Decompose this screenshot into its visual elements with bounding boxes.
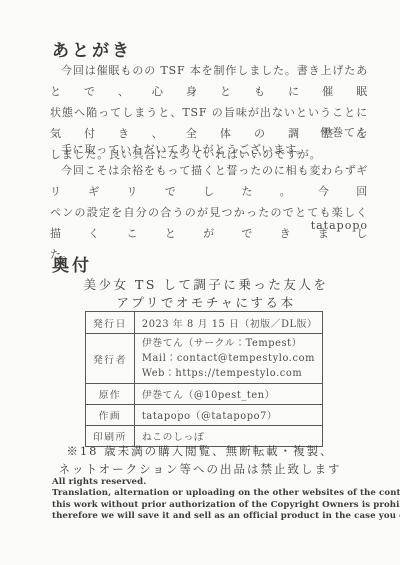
book-title-line: アプリでオモチャにする本 xyxy=(6,294,400,312)
table-row: 発行者 伊巻てん（サークル：Tempest） Mail：contact@temp… xyxy=(86,334,323,384)
paragraph-line: 今回こそは余裕をもって描くと誓ったのに相も変わらずギリギリでした。今回 xyxy=(50,160,368,202)
age-restriction-notice: ※18 歳未満の購入閲覧、無断転載・複製、 ネットオークション等への出品は禁止致… xyxy=(0,443,400,478)
publisher-name-line: 伊巻てん（サークル：Tempest） xyxy=(142,336,315,351)
copyright-line: therefore we will save it and sell as an… xyxy=(52,511,398,522)
paragraph-line: 手に取っていただいてありがとうございます。 xyxy=(50,139,368,160)
row-value-publisher: 伊巻てん（サークル：Tempest） Mail：contact@tempesty… xyxy=(134,334,322,384)
notice-line: ネットオークション等への出品は禁止致します xyxy=(0,461,400,479)
author-signature: 伊巻てん xyxy=(50,124,368,140)
publisher-web-line: Web：https://tempestylo.com xyxy=(142,366,315,381)
colophon-page: あとがき 今回は催眠ものの TSF 本を制作しました。書き上げたあとで、心身とも… xyxy=(0,0,400,565)
row-label: 作画 xyxy=(86,405,135,426)
afterword-paragraph-2: 手に取っていただいてありがとうございます。 今回こそは余裕をもって描くと誓ったの… xyxy=(50,139,368,265)
row-label: 原作 xyxy=(86,384,135,405)
row-value-illustrator: tatapopo（@tatapopo7） xyxy=(134,405,322,426)
copyright-line: All rights reserved. xyxy=(52,477,398,488)
copyright-notice-en: All rights reserved. Translation, altern… xyxy=(52,477,398,523)
colophon-table: 発行日 2023 年 8 月 15 日（初版／DL版） 発行者 伊巻てん（サーク… xyxy=(85,311,323,447)
paragraph-line: 今回は催眠ものの TSF 本を制作しました。書き上げたあとで、心身ともに催眠 xyxy=(50,60,368,102)
table-row: 作画 tatapopo（@tatapopo7） xyxy=(86,405,323,426)
copyright-line: Translation, alternation or uploading on… xyxy=(52,488,398,499)
book-title: 美少女 TS して調子に乗った友人を アプリでオモチャにする本 xyxy=(6,276,400,312)
row-label: 発行者 xyxy=(86,334,135,384)
paragraph-line: た。 xyxy=(50,244,368,265)
row-value-original-author: 伊巻てん（@10pest_ten） xyxy=(134,384,322,405)
row-label: 発行日 xyxy=(86,312,135,334)
artist-signature: tatapopo xyxy=(50,219,368,232)
afterword-heading: あとがき xyxy=(52,36,132,61)
colophon-heading: 奥付 xyxy=(52,251,92,276)
notice-line: ※18 歳未満の購入閲覧、無断転載・複製、 xyxy=(0,443,400,461)
copyright-line: this work without prior authorization of… xyxy=(52,500,398,511)
row-value-publication-date: 2023 年 8 月 15 日（初版／DL版） xyxy=(134,312,322,334)
publisher-mail-line: Mail：contact@tempestylo.com xyxy=(142,351,315,366)
table-row: 原作 伊巻てん（@10pest_ten） xyxy=(86,384,323,405)
book-title-line: 美少女 TS して調子に乗った友人を xyxy=(6,276,400,294)
table-row: 発行日 2023 年 8 月 15 日（初版／DL版） xyxy=(86,312,323,334)
